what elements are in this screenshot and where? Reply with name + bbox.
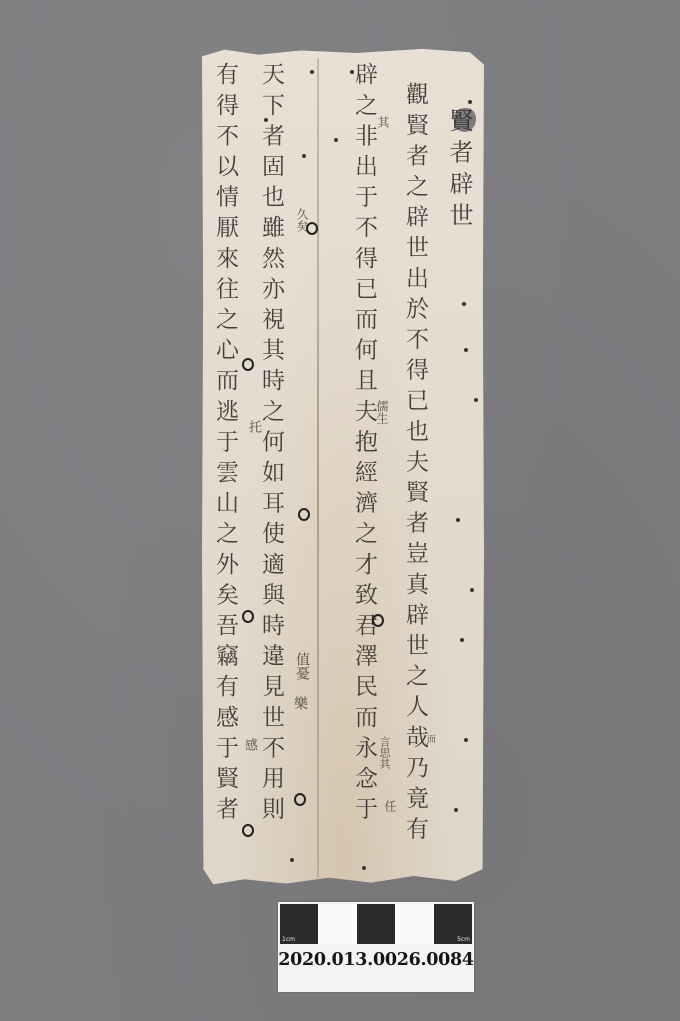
annotation: 任	[382, 800, 399, 812]
annotation: 托	[244, 420, 263, 433]
ink-speck	[302, 154, 306, 158]
annotation: 值憂	[292, 652, 312, 680]
scale-bar: 1cm 5cm	[280, 904, 472, 944]
ink-speck	[468, 100, 472, 104]
ink-speck	[362, 866, 366, 870]
ink-speck	[264, 118, 268, 122]
ink-speck	[464, 738, 468, 742]
scale-segment	[357, 904, 395, 944]
punctuation-circle	[306, 222, 318, 235]
scale-segment	[395, 904, 433, 944]
text-column-5: 有得不以情厭來往之心而逃于雲山之外矣吾竊有感于賢者	[208, 62, 242, 827]
ink-speck	[454, 808, 458, 812]
column-text: 辟之非出于不得已而何且夫抱經濟之才致君澤民而永念于	[347, 62, 381, 827]
punctuation-circle	[372, 614, 384, 627]
ink-speck	[462, 302, 466, 306]
punctuation-circle	[294, 793, 306, 806]
ink-speck	[460, 638, 464, 642]
text-column-4: 天下者固也雖然亦視其時之何如耳使適與時違見世不用則	[254, 62, 288, 827]
annotation: 感	[240, 738, 259, 751]
ink-speck	[464, 348, 468, 352]
scale-left-label: 1cm	[282, 936, 295, 943]
punctuation-circle	[298, 508, 310, 521]
manuscript-page: 賢者辟世 觀賢者之辟世出於不得已也夫賢者豈真辟世之人哉乃竟有 辟之非出于不得已而…	[202, 48, 484, 886]
center-fold-line	[317, 58, 319, 878]
ink-speck	[310, 70, 314, 74]
annotation: 言思其	[376, 736, 392, 769]
column-text: 賢者辟世	[442, 108, 476, 234]
column-text: 觀賢者之辟世出於不得已也夫賢者豈真辟世之人哉乃竟有	[398, 82, 432, 847]
punctuation-circle	[242, 824, 254, 837]
text-column-2: 觀賢者之辟世出於不得已也夫賢者豈真辟世之人哉乃竟有	[398, 82, 432, 847]
ink-speck	[290, 858, 294, 862]
ink-speck	[350, 70, 354, 74]
text-column-3: 辟之非出于不得已而何且夫抱經濟之才致君澤民而永念于	[347, 62, 381, 827]
ink-speck	[474, 398, 478, 402]
scale-segment: 5cm	[434, 904, 472, 944]
catalog-number: 2020.013.0026.0084	[278, 950, 474, 970]
scale-and-catalog-label: 1cm 5cm 2020.013.0026.0084	[278, 902, 474, 992]
punctuation-circle	[242, 358, 254, 371]
annotation: 儒生	[374, 400, 391, 424]
column-text: 有得不以情厭來往之心而逃于雲山之外矣吾竊有感于賢者	[208, 62, 242, 827]
annotation: 而	[424, 734, 437, 743]
annotation: 其	[375, 116, 392, 128]
punctuation-circle	[242, 610, 254, 623]
scale-segment: 1cm	[280, 904, 318, 944]
ink-speck	[470, 588, 474, 592]
scale-right-label: 5cm	[457, 936, 470, 943]
annotation: 樂	[290, 696, 310, 710]
ink-speck	[456, 518, 460, 522]
text-column-title: 賢者辟世	[442, 108, 476, 234]
ink-speck	[334, 138, 338, 142]
scale-segment	[318, 904, 356, 944]
column-text: 天下者固也雖然亦視其時之何如耳使適與時違見世不用則	[254, 62, 288, 827]
